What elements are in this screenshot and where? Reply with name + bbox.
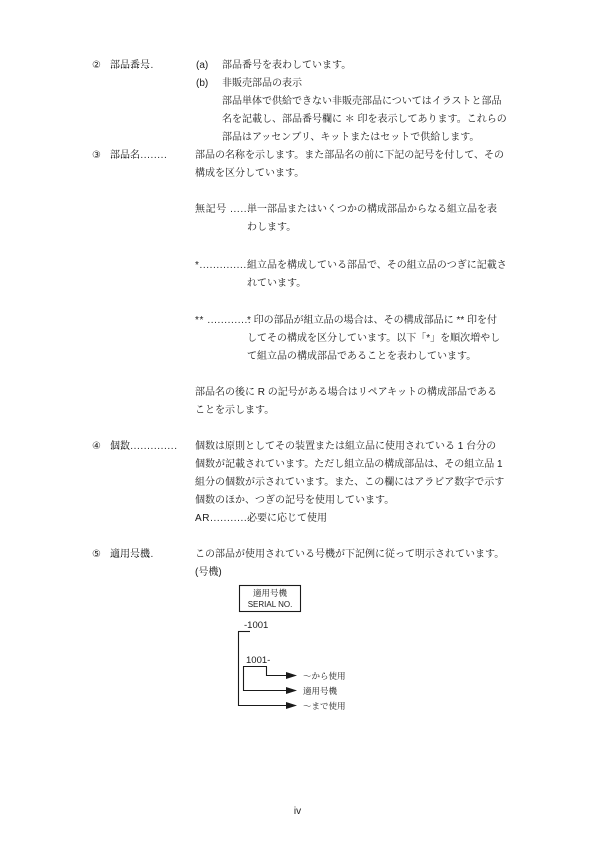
- section-3-header-row: ③ 部品名 ................. 部品の名称を示します。また部品名…: [0, 147, 595, 165]
- paragraph-line: 個数は原則としてその装置または組立品に使用されている 1 台分の: [195, 438, 496, 456]
- symbol-entry-row: て組立品の構成部品であることを表わしています。: [0, 348, 595, 366]
- paragraph-line: れています。: [247, 275, 306, 293]
- section-2-b-text-row: 名を記載し、部品番号欄に ＊ 印を表示してあります。これらの: [0, 111, 595, 129]
- section-3-note-row: ことを示します。: [0, 402, 595, 420]
- section-2-header-row: ② 部品番号............. (a) 部品番号を表わしています。: [0, 57, 595, 75]
- section-4-text-row: 組分の個数が示されています。また、この欄にはアラビア数字で示す: [0, 474, 595, 492]
- paragraph-line: この部品が使用されている号機が下記例に従って明示されています。: [195, 546, 504, 564]
- symbol-entry-row: ** ............. * 印の部品が組立品の場合は、その構成部品に …: [0, 312, 595, 330]
- section-3-text-row: 構成を区分しています。: [0, 165, 595, 183]
- document-page: ② 部品番号............. (a) 部品番号を表わしています。 (b…: [0, 0, 595, 842]
- paragraph-line: て組立品の構成部品であることを表わしています。: [247, 348, 476, 366]
- symbol-entry-row: わします。: [0, 219, 595, 237]
- section-4-text-row: 個数のほか、つぎの記号を使用しています。: [0, 492, 595, 510]
- symbol-entry-row: *............... 組立品を構成している部品で、その組立品のつぎに…: [0, 257, 595, 275]
- paragraph-line: 部品番号を表わしています。: [222, 57, 351, 75]
- item-number-4: ④: [92, 438, 101, 456]
- item-number-5: ⑤: [92, 546, 101, 564]
- serial-leader-line: [244, 667, 288, 691]
- from-leader-line: [267, 667, 288, 676]
- paragraph-line: 部品名の後に R の記号がある場合はリペアキットの構成部品である: [195, 384, 497, 402]
- paragraph-line: 組分の個数が示されています。また、この欄にはアラビア数字で示す: [195, 474, 504, 492]
- until-leader-line: [239, 632, 288, 706]
- symbol-entry-row: AR............ 必要に応じて使用: [0, 510, 595, 528]
- paragraph-line: 部品単体で供給できない非販売部品についてはイラストと部品: [222, 93, 502, 111]
- paragraph-line: 個数のほか、つぎの記号を使用しています。: [195, 492, 394, 510]
- serial-box-title-jp: 適用号機: [253, 588, 288, 598]
- serial-example-caption: (号機): [195, 564, 222, 582]
- item-number-2: ②: [92, 57, 101, 75]
- arrow-from-label: 〜から使用: [303, 671, 346, 681]
- arrow-serial-label: 適用号機: [303, 686, 338, 696]
- section-2-b-text-row: 部品単体で供給できない非販売部品についてはイラストと部品: [0, 93, 595, 111]
- paragraph-line: 非販売部品の表示: [222, 75, 302, 93]
- paragraph-line: ことを示します。: [195, 402, 274, 420]
- paragraph-line: 組立品を構成している部品で、その組立品のつぎに記載さ: [247, 257, 507, 275]
- dot-leader: ....................: [110, 438, 178, 456]
- serial-box-title-en: SERIAL NO.: [248, 600, 293, 609]
- symbol-label: *...............: [195, 257, 250, 275]
- symbol-label: ** .............: [195, 312, 251, 330]
- section-4-header-row: ④ 個数.................... 個数は原則としてその装置または…: [0, 438, 595, 456]
- paragraph-line: 単一部品またはいくつかの構成部品からなる組立品を表: [247, 201, 497, 219]
- serial-upper-label: -1001: [244, 620, 268, 631]
- paragraph-line: 名を記載し、部品番号欄に ＊ 印を表示してあります。これらの: [222, 111, 507, 129]
- symbol-label: 無記号 ......: [195, 201, 250, 219]
- paragraph-line: * 印の部品が組立品の場合は、その構成部品に ** 印を付: [247, 312, 497, 330]
- section-2-b-row: (b) 非販売部品の表示: [0, 75, 595, 93]
- dot-leader: .................: [110, 147, 167, 165]
- dot-leader: .............: [110, 57, 154, 75]
- paragraph-line: 部品はアッセンブリ、キットまたはセットで供給します。: [222, 129, 479, 147]
- symbol-label: AR............: [195, 510, 251, 528]
- item-number-3: ③: [92, 147, 101, 165]
- section-5-header-row: ⑤ 適用号機............. この部品が使用されている号機が下記例に従…: [0, 546, 595, 564]
- arrowhead-icon: [286, 702, 297, 709]
- list-marker-a: (a): [196, 57, 208, 75]
- list-marker-b: (b): [196, 75, 208, 93]
- arrow-until-label: 〜まで使用: [303, 701, 346, 711]
- arrowhead-icon: [286, 687, 297, 694]
- section-5-text-row: (号機): [0, 564, 595, 582]
- paragraph-line: 必要に応じて使用: [247, 510, 327, 528]
- paragraph-line: 部品の名称を示します。また部品名の前に下記の記号を付して、その: [195, 147, 504, 165]
- paragraph-line: 個数が記載されています。ただし組立品の構成部品は、その組立品 1: [195, 456, 503, 474]
- section-4-text-row: 個数が記載されています。ただし組立品の構成部品は、その組立品 1: [0, 456, 595, 474]
- page-number: iv: [0, 803, 595, 821]
- paragraph-line: してその構成を区分しています。以下「*」を順次増やし: [247, 330, 500, 348]
- arrowhead-icon: [286, 672, 297, 679]
- section-2-b-text-row: 部品はアッセンブリ、キットまたはセットで供給します。: [0, 129, 595, 147]
- serial-number-diagram: 適用号機 SERIAL NO. -1001 1001- 〜から使用 適用号機 〜…: [230, 584, 400, 724]
- paragraph-line: わします。: [247, 219, 296, 237]
- dot-leader: .............: [110, 546, 154, 564]
- section-3-note-row: 部品名の後に R の記号がある場合はリペアキットの構成部品である: [0, 384, 595, 402]
- symbol-entry-row: 無記号 ...... 単一部品またはいくつかの構成部品からなる組立品を表: [0, 201, 595, 219]
- symbol-entry-row: してその構成を区分しています。以下「*」を順次増やし: [0, 330, 595, 348]
- symbol-entry-row: れています。: [0, 275, 595, 293]
- serial-lower-label: 1001-: [246, 655, 270, 666]
- paragraph-line: 構成を区分しています。: [195, 165, 304, 183]
